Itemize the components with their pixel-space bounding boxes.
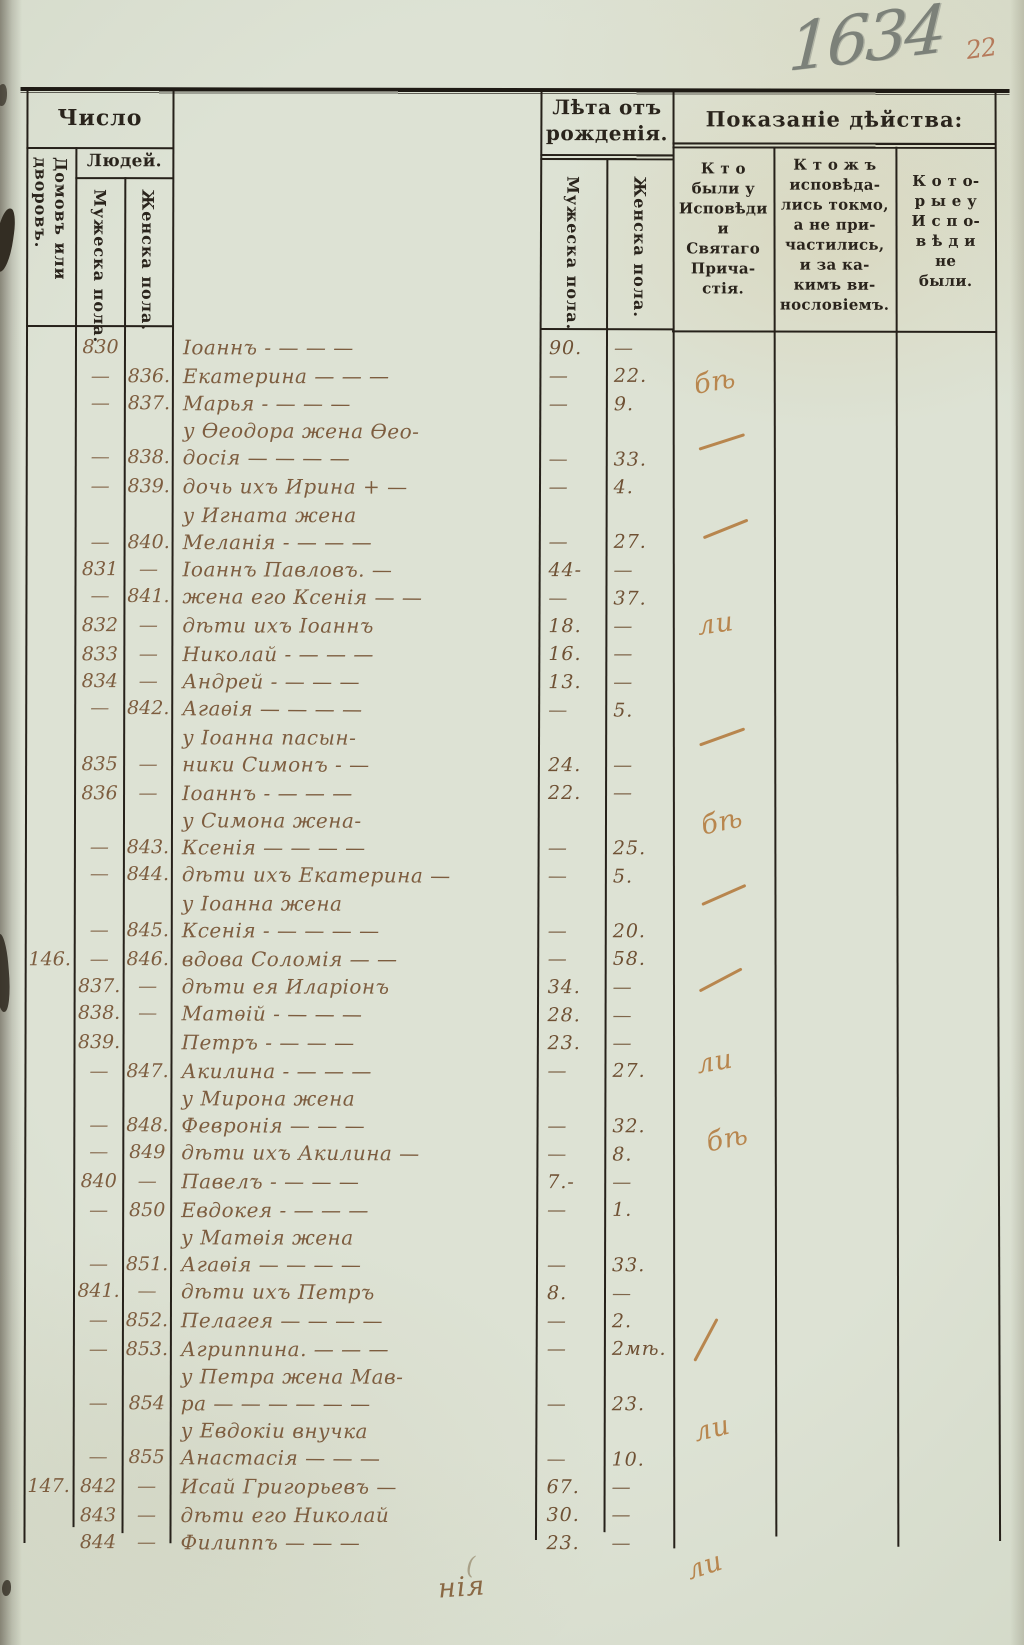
action-col2-cell <box>773 668 895 669</box>
action-col3-cell <box>894 1363 994 1364</box>
table-row: —836.Екатерина — — ——22. <box>26 363 996 392</box>
table-row: 831—Іоаннъ Павловъ. —44-— <box>25 556 995 586</box>
header-female-count-label: Женска пола. <box>137 189 157 331</box>
age-male-cell: 23. <box>538 1530 603 1558</box>
female-serial-cell: 848. <box>123 1112 171 1140</box>
table-row: —851.у Матѳія жена Агаѳія — — — ——33. <box>24 1224 994 1281</box>
name-cell: у Петра жена Мав- ра — — — — — — <box>171 1363 539 1419</box>
action-col3-cell <box>894 1141 994 1142</box>
table-row: —844.дѣти ихъ Екатерина ——5. <box>25 860 995 893</box>
female-serial-cell: 844. <box>124 861 172 889</box>
action-col3-cell <box>894 1224 994 1225</box>
female-serial-cell <box>124 1056 172 1057</box>
name-cell: Екатерина — — — <box>173 363 541 391</box>
male-serial-cell: — <box>75 946 124 974</box>
age-male-cell: — <box>540 585 605 613</box>
name-cell: дочь ихъ Ирина + — <box>173 473 541 502</box>
action-col1-cell <box>673 556 774 557</box>
name-cell: Павелъ - — — — <box>171 1168 539 1197</box>
male-serial-cell: 837. <box>75 973 124 1001</box>
male-serial-cell: 833 <box>75 641 124 669</box>
name-cell: Петръ - — — — <box>172 1029 540 1058</box>
house-number-cell <box>24 1470 74 1471</box>
action-col2-cell <box>773 973 895 974</box>
name-cell: дѣти ея Иларіонъ <box>172 973 540 1002</box>
male-serial-cell: — <box>75 583 124 611</box>
action-col1-cell <box>671 1529 772 1530</box>
table-row: 837.—дѣти ея Иларіонъ34.— <box>25 973 995 1003</box>
male-serial-cell: 842 <box>74 1473 123 1501</box>
ditto-text-mark: ли <box>695 606 735 642</box>
female-serial-cell: — <box>123 1278 171 1306</box>
male-serial-cell: 834 <box>75 668 124 696</box>
table-row: —855у Евдокіи внучка Анастасія — — ——10. <box>24 1416 994 1476</box>
name-cell: Андрей - — — — <box>172 668 540 697</box>
age-female-cell: 10. <box>604 1446 671 1474</box>
female-serial-cell: 841. <box>124 583 172 611</box>
house-number-cell <box>24 1165 74 1166</box>
female-serial-cell: 850 <box>123 1197 171 1225</box>
male-serial-cell: 832 <box>75 612 124 640</box>
table-row: —837.Марья - — — ——9. <box>26 390 996 420</box>
name-cell: Николай - — — — <box>172 641 540 669</box>
female-serial-cell: 842. <box>124 695 172 723</box>
table-row: —848.у Мирона жена Февронія — — ——32. <box>24 1085 994 1142</box>
header-age-female-label: Женска пола. <box>629 176 649 318</box>
age-female-cell: — <box>605 669 672 697</box>
age-male-cell: 23. <box>539 1030 604 1058</box>
age-male-cell: — <box>540 697 605 725</box>
name-cell: Пелагея — — — — <box>171 1307 539 1336</box>
table-row: —850Евдокея - — — ——1. <box>24 1197 994 1226</box>
action-col2-cell <box>772 1224 894 1225</box>
house-number-cell <box>25 639 75 640</box>
age-male-cell: — <box>539 1197 604 1225</box>
male-serial-cell: — <box>74 1139 123 1167</box>
header-age-female-col: Женска пола. <box>606 168 673 326</box>
male-serial-cell: 840 <box>74 1168 123 1196</box>
action-col1-cell <box>671 1085 772 1086</box>
age-male-cell: — <box>539 1336 604 1364</box>
name-cell: вдова Соломія — — <box>172 946 540 974</box>
age-female-cell: — <box>605 613 672 641</box>
table-row: 838.—Матѳій - — — —28.— <box>25 999 995 1032</box>
male-serial-cell: — <box>74 1058 123 1086</box>
male-serial-cell: — <box>76 473 125 501</box>
age-female-cell: 1. <box>604 1197 671 1225</box>
action-col3-cell <box>895 1002 995 1003</box>
name-cell: Евдокея - — — — <box>171 1197 539 1225</box>
house-number-cell: 147. <box>24 1473 74 1501</box>
age-female-cell: — <box>604 1280 671 1308</box>
house-number-cell: 146. <box>25 946 75 974</box>
male-serial-cell: 843 <box>74 1502 123 1530</box>
age-male-cell: 22. <box>540 780 605 808</box>
house-number-cell <box>25 609 75 610</box>
name-cell: дѣти его Николай <box>171 1502 539 1530</box>
age-male-cell: 13. <box>540 669 605 697</box>
table-row: —842.Агаѳія — — — ——5. <box>25 694 995 727</box>
house-number-cell <box>25 778 75 779</box>
female-serial-cell: — <box>124 751 172 779</box>
table-row: 840—Павелъ - — — —7.-— <box>24 1168 994 1198</box>
age-male-cell: — <box>539 1113 604 1141</box>
female-serial-cell: 855 <box>123 1444 171 1472</box>
name-cell: Марья - — — — <box>173 390 541 419</box>
action-col3-cell <box>896 419 996 420</box>
age-male-cell: 34. <box>540 974 605 1002</box>
female-serial-cell: 854 <box>123 1390 171 1418</box>
house-number-cell <box>26 556 76 557</box>
catchword: нія <box>437 1570 486 1604</box>
action-col3-cell <box>895 668 995 669</box>
age-female-cell: — <box>604 1169 671 1197</box>
age-male-cell: — <box>541 363 606 391</box>
name-cell: дѣти ихъ Акилина — <box>171 1139 539 1169</box>
action-col2-cell <box>771 1558 893 1559</box>
age-female-cell: 4. <box>606 474 673 502</box>
age-female-cell: — <box>604 1474 671 1502</box>
name-cell: у Ѳеодора жена Ѳео- досія — — — — <box>173 417 541 474</box>
table-row: 843—дѣти его Николай30.— <box>24 1502 994 1531</box>
female-serial-cell: — <box>124 612 172 640</box>
age-male-cell: — <box>539 1252 604 1280</box>
action-col2-cell <box>772 1085 894 1086</box>
age-female-cell: — <box>605 557 672 585</box>
header-age-male-col: Мужеска пола. <box>540 168 606 326</box>
action-col1-cell <box>672 668 773 669</box>
age-female-cell: 58. <box>605 946 672 974</box>
female-serial-cell: 851. <box>123 1251 171 1279</box>
female-serial-cell: 836. <box>125 363 173 391</box>
action-col3-cell <box>894 1529 994 1530</box>
name-cell: Іоаннъ - — — — <box>172 780 540 808</box>
table-row: —847.Акилина - — — ——27. <box>24 1058 994 1087</box>
age-female-cell: 27. <box>604 1058 671 1086</box>
age-male-cell: 44- <box>540 557 605 585</box>
house-number-cell <box>23 1556 73 1557</box>
table-row: 832—дѣти ихъ Іоаннъ18.— <box>25 612 995 642</box>
name-cell: Агриппина. — — — <box>171 1336 539 1364</box>
house-number-cell <box>25 721 75 722</box>
name-cell: у Іоанна жена Ксенія - — — — — <box>172 890 540 946</box>
male-serial-cell: — <box>76 363 125 391</box>
male-serial-cell: — <box>74 1336 123 1364</box>
confession-register-table: Число Людей. Домовъ или дворовъ. Мужеска… <box>23 87 1009 1551</box>
female-serial-cell: — <box>122 1529 170 1557</box>
age-female-cell: — <box>604 1502 671 1530</box>
male-serial-cell: 838. <box>75 1000 124 1028</box>
paper-right-edge <box>1010 0 1024 1645</box>
table-row: —852.Пелагея — — — ——2. <box>24 1307 994 1337</box>
male-serial-cell: 844 <box>73 1529 122 1557</box>
house-number-cell <box>26 470 76 471</box>
house-number-cell <box>25 944 75 945</box>
header-ludei: Людей. <box>75 151 173 171</box>
age-female-cell: — <box>603 1530 670 1558</box>
female-serial-cell: 845. <box>124 917 172 945</box>
name-cell: Исай Григорьевъ — <box>171 1473 539 1502</box>
female-serial-cell: 847. <box>123 1058 171 1086</box>
table-row: 833—Николай - — — —16.— <box>25 641 995 670</box>
action-col1-cell <box>671 1363 772 1364</box>
male-serial-cell: 831 <box>75 556 124 584</box>
house-number-cell <box>24 1224 74 1225</box>
table-row: —843.у Симона жена- Ксенія — — — ——25. <box>25 807 995 864</box>
name-cell: Матѳій - — — — <box>172 1000 540 1030</box>
table-row: —845.у Іоанна жена Ксенія - — — — ——20. <box>25 890 995 947</box>
house-number-cell <box>24 1304 74 1305</box>
table-row: 841.—дѣти ихъ Петръ8.— <box>24 1277 994 1310</box>
name-cell: Іоаннъ - — — — <box>173 334 541 363</box>
age-male-cell: 28. <box>540 1002 605 1030</box>
male-serial-cell: 836 <box>75 780 124 808</box>
house-number-cell <box>25 887 75 888</box>
age-female-cell: 37. <box>605 585 672 613</box>
ditto-text-mark: ли <box>694 1044 735 1081</box>
header-pokazanie: Показаніе дѣйства: <box>672 106 996 132</box>
name-cell: Акилина - — — — <box>171 1058 539 1086</box>
age-female-cell: 32. <box>604 1113 671 1141</box>
action-col2-cell <box>772 1529 894 1530</box>
age-female-cell: 5. <box>605 697 672 725</box>
action-col2-cell <box>774 390 896 391</box>
name-cell: у Игната жена Меланія - — — — <box>173 502 541 557</box>
age-female-cell: — <box>605 641 672 669</box>
male-serial-cell: — <box>75 834 124 862</box>
age-female-cell: — <box>605 974 672 1002</box>
female-serial-cell: — <box>124 1000 172 1028</box>
action-col1-cell <box>671 1224 772 1225</box>
age-male-cell: — <box>539 1446 604 1474</box>
action-col3-cell <box>894 1280 994 1281</box>
age-female-cell: — <box>605 1002 672 1030</box>
male-serial-cell: — <box>74 1307 123 1335</box>
age-female-cell: — <box>604 1030 671 1058</box>
age-female-cell: — <box>605 752 672 780</box>
age-female-cell: 22. <box>606 363 673 391</box>
table-row: —841.жена его Ксенія — ——37. <box>25 582 995 615</box>
table-row: —840.у Игната жена Меланія - — — ——27. <box>26 502 996 558</box>
age-male-cell: — <box>540 918 605 946</box>
header-female-count-col: Женска пола. <box>124 181 172 325</box>
female-serial-cell: 849 <box>123 1139 171 1167</box>
male-serial-cell: — <box>75 917 124 945</box>
action-col3-cell <box>895 863 995 864</box>
male-serial-cell: 839. <box>75 1029 124 1057</box>
action-col1-cell <box>672 973 773 974</box>
name-cell: у Матѳія жена Агаѳія — — — — <box>171 1224 539 1280</box>
male-serial-cell: — <box>75 861 124 889</box>
table-row: 834—Андрей - — — —13.— <box>25 668 995 698</box>
house-number-cell <box>26 361 76 362</box>
age-female-cell: 2. <box>604 1308 671 1336</box>
age-male-cell: — <box>539 1308 604 1336</box>
name-cell: дѣти ихъ Екатерина — <box>172 861 540 891</box>
age-female-cell: 20. <box>605 918 672 946</box>
name-cell: у Симона жена- Ксенія — — — — <box>172 807 540 863</box>
female-serial-cell: 837. <box>125 390 173 418</box>
action-col3-cell <box>895 807 995 808</box>
age-female-cell: 33. <box>606 446 673 474</box>
age-male-cell: — <box>541 474 606 502</box>
action-col3-cell <box>895 585 995 586</box>
rule-header-bottom-ages <box>540 328 673 330</box>
age-male-cell: 7.- <box>539 1169 604 1197</box>
age-male-cell: 24. <box>540 752 605 780</box>
header-action-col2: К т о ж ъ исповѣда- лись токмо, а не при… <box>775 155 894 315</box>
male-serial-cell: — <box>74 1197 123 1225</box>
action-col3-cell <box>894 1419 994 1420</box>
action-col2-cell <box>773 807 895 808</box>
age-male-cell: — <box>539 1391 604 1419</box>
header-action-col3: К о т о- р ы е у И с п о- в ѣ д и не был… <box>897 171 994 291</box>
male-serial-cell: — <box>75 695 124 723</box>
rule-under-ludei <box>75 177 173 179</box>
table-row: 147.842—Исай Григорьевъ —67.— <box>24 1473 994 1503</box>
age-male-cell: 8. <box>539 1280 604 1308</box>
table-row: 835—у Іоанна пасын- ники Симонъ - —24.— <box>25 724 995 781</box>
name-cell: у Іоанна пасын- ники Симонъ - — <box>172 724 540 780</box>
age-female-cell: 5. <box>605 863 672 891</box>
table-row: —853.Агриппина. — — ——2мѣ. <box>24 1336 994 1365</box>
house-number-cell <box>24 1363 74 1364</box>
female-serial-cell: — <box>123 1473 171 1501</box>
female-serial-cell <box>125 361 173 362</box>
register-rows: 830Іоаннъ - — — —90.——836.Екатерина — — … <box>23 334 996 1559</box>
female-serial-cell: 853. <box>123 1336 171 1364</box>
age-male-cell: — <box>541 529 606 557</box>
header-male-count-label: Мужеска пола. <box>89 189 109 343</box>
name-cell: у Евдокіи внучка Анастасія — — — <box>171 1417 539 1474</box>
male-serial-cell: — <box>76 444 125 472</box>
age-female-cell: 23. <box>604 1391 671 1419</box>
action-col3-cell <box>894 1085 994 1086</box>
age-male-cell: — <box>541 391 606 419</box>
age-male-cell: 30. <box>539 1502 604 1530</box>
table-row: 830Іоаннъ - — — —90.— <box>26 334 996 364</box>
age-male-cell: 18. <box>540 613 605 641</box>
name-cell: Филиппъ — — — <box>170 1529 538 1558</box>
age-male-cell: 16. <box>540 641 605 669</box>
house-number-cell <box>24 1195 74 1196</box>
action-col3-cell <box>895 973 995 974</box>
age-male-cell: — <box>539 1058 604 1086</box>
house-number-cell <box>25 668 75 669</box>
house-number-cell <box>26 500 76 501</box>
rule-under-pokazanie <box>672 142 995 149</box>
table-row: —839.дочь ихъ Ирина + ——4. <box>26 473 996 503</box>
female-serial-cell: — <box>123 1168 171 1196</box>
age-male-cell: 67. <box>539 1474 604 1502</box>
female-serial-cell: 839. <box>125 473 173 501</box>
age-female-cell: 8. <box>604 1141 671 1169</box>
female-serial-cell: — <box>123 1502 171 1530</box>
age-female-cell: 25. <box>605 835 672 863</box>
age-female-cell: 33. <box>604 1252 671 1280</box>
header-age-male-label: Мужеска пола. <box>562 176 582 330</box>
age-male-cell: 90. <box>541 335 606 363</box>
table-row: 146.—846.вдова Соломія — ——58. <box>25 946 995 975</box>
female-serial-cell: 840. <box>125 529 173 557</box>
male-serial-cell: 841. <box>74 1278 123 1306</box>
house-number-cell <box>24 1085 74 1086</box>
header-houses-col: Домовъ или дворовъ. <box>26 149 75 325</box>
age-male-cell: — <box>539 1141 604 1169</box>
header-houses-label: Домовъ или дворовъ. <box>30 157 70 281</box>
male-serial-cell: — <box>74 1112 123 1140</box>
female-serial-cell: — <box>124 668 172 696</box>
female-serial-cell: 838. <box>125 444 173 472</box>
table-row: 836—Іоаннъ - — — —22.— <box>25 780 995 809</box>
table-row: —849дѣти ихъ Акилина ——8. <box>24 1138 994 1171</box>
male-serial-cell: — <box>74 1251 123 1279</box>
male-serial-cell: — <box>76 390 125 418</box>
house-number-cell <box>25 1026 75 1027</box>
header-chislo: Число <box>26 105 173 131</box>
name-cell: дѣти ихъ Петръ <box>171 1278 539 1308</box>
age-male-cell: — <box>541 446 606 474</box>
action-col3-cell <box>893 1558 993 1559</box>
table-row: 839.Петръ - — — —23.— <box>25 1029 995 1059</box>
female-serial-cell: — <box>124 556 172 584</box>
house-number-cell <box>25 807 75 808</box>
action-col3-cell <box>896 556 996 557</box>
female-serial-cell: 843. <box>124 834 172 862</box>
table-row: 844—Филиппъ — — —23.— <box>23 1529 993 1559</box>
page-number-pencil: 1634 <box>787 0 946 87</box>
male-serial-cell: — <box>74 1444 123 1472</box>
name-cell: Іоаннъ Павловъ. — <box>172 556 540 585</box>
header-leta: Лѣта отъ рожденія. <box>538 94 675 146</box>
age-female-cell: 9. <box>606 391 673 419</box>
corner-folio-mark: 22 <box>964 32 998 65</box>
age-male-cell: — <box>540 835 605 863</box>
table-row: —838.у Ѳеодора жена Ѳео- досія — — — ——3… <box>26 416 996 476</box>
action-col3-cell <box>896 390 996 391</box>
name-cell: Агаѳія — — — — <box>172 695 540 725</box>
house-number-cell <box>24 1529 74 1530</box>
female-serial-cell: — <box>124 641 172 669</box>
age-female-cell: — <box>606 335 673 363</box>
table-right-border <box>995 93 1002 1541</box>
name-cell: у Мирона жена Февронія — — — <box>171 1085 539 1141</box>
name-cell: дѣти ихъ Іоаннъ <box>172 612 540 641</box>
female-serial-cell: 846. <box>124 946 172 974</box>
male-serial-cell: — <box>76 529 125 557</box>
table-row: —854у Петра жена Мав- ра — — — — — ——23. <box>24 1363 994 1420</box>
age-female-cell: — <box>605 780 672 808</box>
house-number-cell <box>25 1056 75 1057</box>
header-action-col1: К т о были у Исповѣди и Святаго Прича- с… <box>674 158 772 298</box>
name-cell: жена его Ксенія — — <box>172 583 540 613</box>
rule-under-leta <box>540 154 673 160</box>
age-male-cell: — <box>540 946 605 974</box>
rule-header-bottom-action <box>672 330 996 333</box>
female-serial-cell: — <box>124 780 172 808</box>
age-male-cell: — <box>540 863 605 891</box>
house-number-cell <box>26 390 76 391</box>
female-serial-cell: 852. <box>123 1307 171 1335</box>
house-number-cell <box>24 1334 74 1335</box>
age-female-cell: 27. <box>606 529 673 557</box>
table-top-border <box>21 87 1010 97</box>
action-col2-cell <box>772 1363 894 1364</box>
male-serial-cell: 830 <box>76 334 125 362</box>
action-col3-cell <box>895 697 995 698</box>
male-serial-cell: — <box>74 1390 123 1418</box>
female-serial-cell: — <box>124 973 172 1001</box>
